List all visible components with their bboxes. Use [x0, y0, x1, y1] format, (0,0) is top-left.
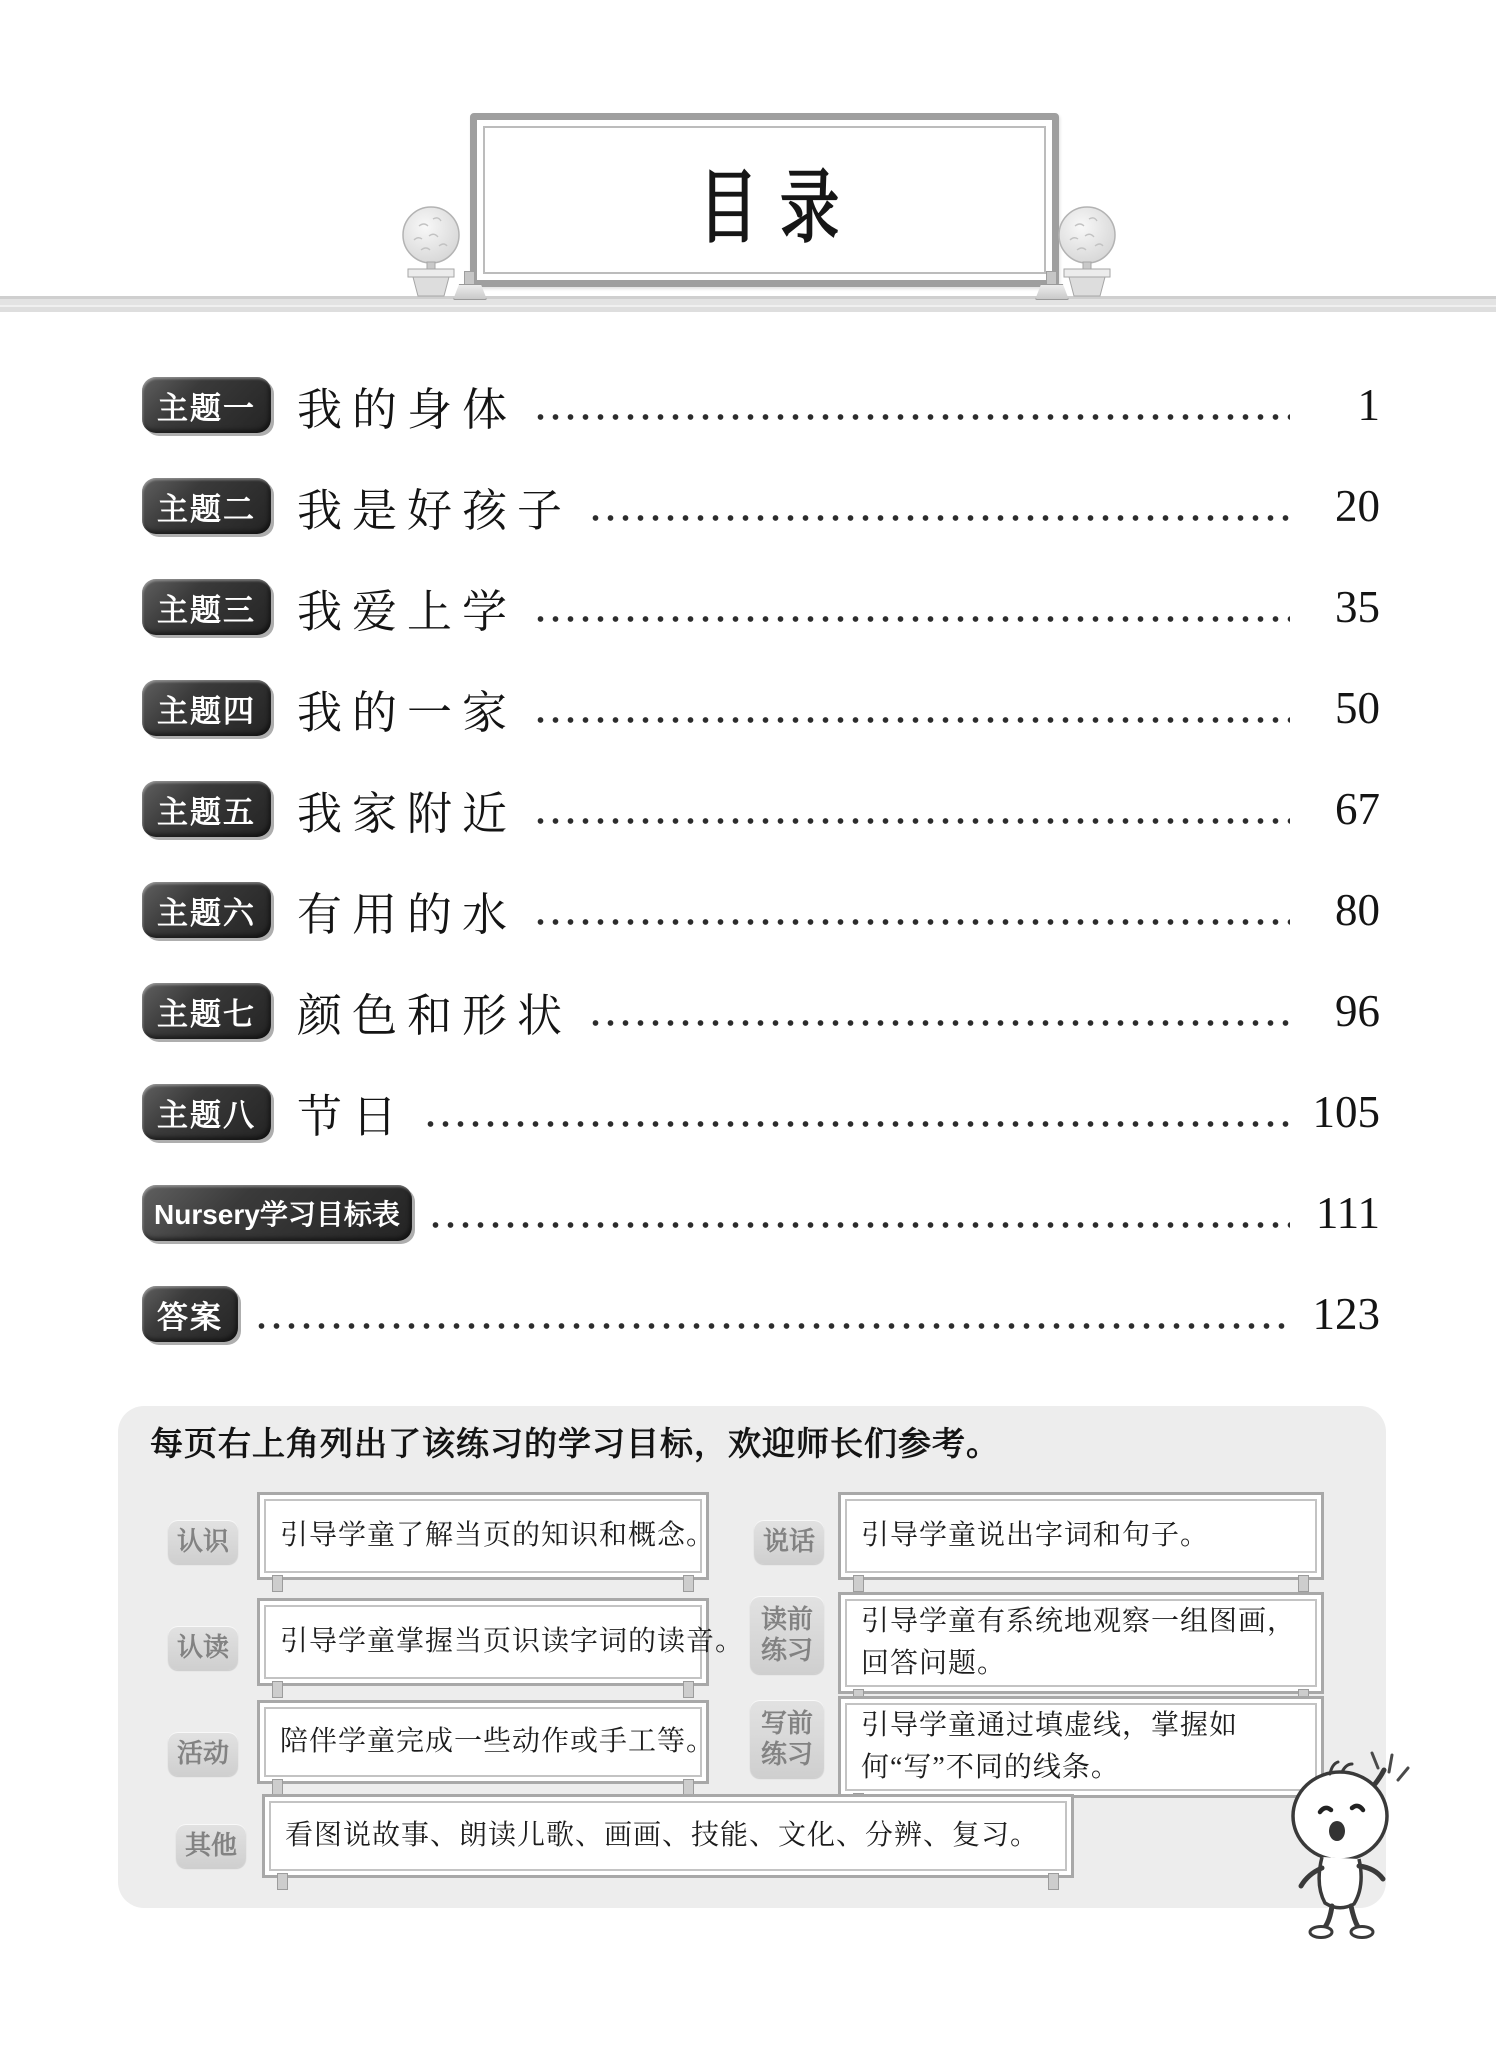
toc-page-number: 20: [1296, 480, 1380, 532]
toc-page-number: 35: [1296, 581, 1380, 633]
toc-badge: Nursery学习目标表: [142, 1185, 412, 1241]
legend-label: 认识: [168, 1520, 238, 1564]
toc-title: 我的一家: [297, 676, 517, 741]
legend-text: 引导学童了解当页的知识和概念。: [280, 1515, 715, 1557]
toc-row: 主题三 我爱上学 35: [142, 576, 1380, 638]
toc-badge: 主题四: [142, 680, 271, 736]
toc-page-number: 111: [1296, 1187, 1380, 1239]
toc-title: 有用的水: [297, 878, 517, 943]
legend-label: 活动: [168, 1732, 238, 1776]
toc-badge: 主题五: [142, 781, 271, 837]
toc-badge: 答案: [142, 1286, 238, 1342]
toc-dot-leader: [533, 814, 1290, 828]
table-of-contents: 主题一 我的身体 1 主题二 我是好孩子 20 主题三 我爱上学 35 主题四 …: [142, 374, 1380, 1384]
toc-dot-leader: [533, 915, 1290, 929]
legend-text: 看图说故事、朗读儿歌、画画、技能、文化、分辨、复习。: [285, 1815, 1039, 1857]
page-title: 目录: [698, 143, 861, 258]
toc-page-number: 1: [1296, 379, 1380, 431]
toc-badge: 主题一: [142, 377, 271, 433]
toc-dot-leader: [533, 612, 1290, 626]
toc-row: 主题二 我是好孩子 20: [142, 475, 1380, 537]
legend-box: 引导学童通过填虚线，掌握如何“写”不同的线条。: [838, 1696, 1324, 1798]
toc-badge: 主题七: [142, 983, 271, 1039]
toc-badge: 主题八: [142, 1084, 271, 1140]
topiary-plant-left-icon: [399, 204, 463, 298]
toc-row: 主题七 颜色和形状 96: [142, 980, 1380, 1042]
toc-row: 主题五 我家附近 67: [142, 778, 1380, 840]
toc-title: 颜色和形状: [297, 979, 572, 1044]
toc-row: 答案 123: [142, 1283, 1380, 1345]
toc-dot-leader: [588, 511, 1290, 525]
toc-row: 主题一 我的身体 1: [142, 374, 1380, 436]
topiary-plant-right-icon: [1055, 204, 1119, 298]
toc-title: 我是好孩子: [297, 474, 572, 539]
toc-page-number: 80: [1296, 884, 1380, 936]
legend-box: 看图说故事、朗读儿歌、画画、技能、文化、分辨、复习。: [262, 1794, 1074, 1878]
legend-box: 引导学童说出字词和句子。: [838, 1492, 1324, 1580]
toc-page-number: 67: [1296, 783, 1380, 835]
toc-row: 主题八 节日 105: [142, 1081, 1380, 1143]
toc-page-number: 96: [1296, 985, 1380, 1037]
toc-dot-leader: [588, 1016, 1290, 1030]
toc-page-number: 123: [1296, 1288, 1380, 1340]
toc-title: 我爱上学: [297, 575, 517, 640]
whiteboard-frame: 目录: [470, 113, 1059, 287]
toc-title: 我家附近: [297, 777, 517, 842]
legend-text: 引导学童掌握当页识读字词的读音。: [280, 1621, 744, 1663]
toc-page-number: 50: [1296, 682, 1380, 734]
toc-dot-leader: [254, 1319, 1290, 1333]
toc-badge: 主题二: [142, 478, 271, 534]
legend-label: 读前练习: [750, 1596, 824, 1674]
toc-title: 节日: [297, 1080, 407, 1145]
toc-dot-leader: [423, 1117, 1290, 1131]
legend-box: 引导学童了解当页的知识和概念。: [257, 1492, 709, 1580]
toc-page-number: 105: [1296, 1086, 1380, 1138]
legend-heading: 每页右上角列出了该练习的学习目标，欢迎师长们参考。: [150, 1418, 1000, 1465]
legend-label: 认读: [168, 1626, 238, 1670]
legend-label: 其他: [176, 1824, 246, 1868]
legend-box: 引导学童有系统地观察一组图画，回答问题。: [838, 1592, 1324, 1694]
toc-row: 主题四 我的一家 50: [142, 677, 1380, 739]
toc-dot-leader: [533, 410, 1290, 424]
wall-stripe: [0, 296, 1496, 312]
toc-row: Nursery学习目标表 111: [142, 1182, 1380, 1244]
toc-badge: 主题三: [142, 579, 271, 635]
toc-dot-leader: [428, 1218, 1290, 1232]
legend-text: 陪伴学童完成一些动作或手工等。: [280, 1721, 715, 1763]
legend-text: 引导学童说出字词和句子。: [861, 1515, 1209, 1557]
legend-label: 写前练习: [750, 1700, 824, 1778]
mascot-character-icon: [1272, 1748, 1424, 1964]
legend-label: 说话: [754, 1520, 824, 1564]
legend-box: 陪伴学童完成一些动作或手工等。: [257, 1700, 709, 1784]
legend-text: 引导学童有系统地观察一组图画，回答问题。: [861, 1601, 1301, 1685]
toc-dot-leader: [533, 713, 1290, 727]
legend-text: 引导学童通过填虚线，掌握如何“写”不同的线条。: [861, 1705, 1301, 1789]
legend-box: 引导学童掌握当页识读字词的读音。: [257, 1598, 709, 1686]
toc-row: 主题六 有用的水 80: [142, 879, 1380, 941]
toc-badge: 主题六: [142, 882, 271, 938]
toc-title: 我的身体: [297, 373, 517, 438]
